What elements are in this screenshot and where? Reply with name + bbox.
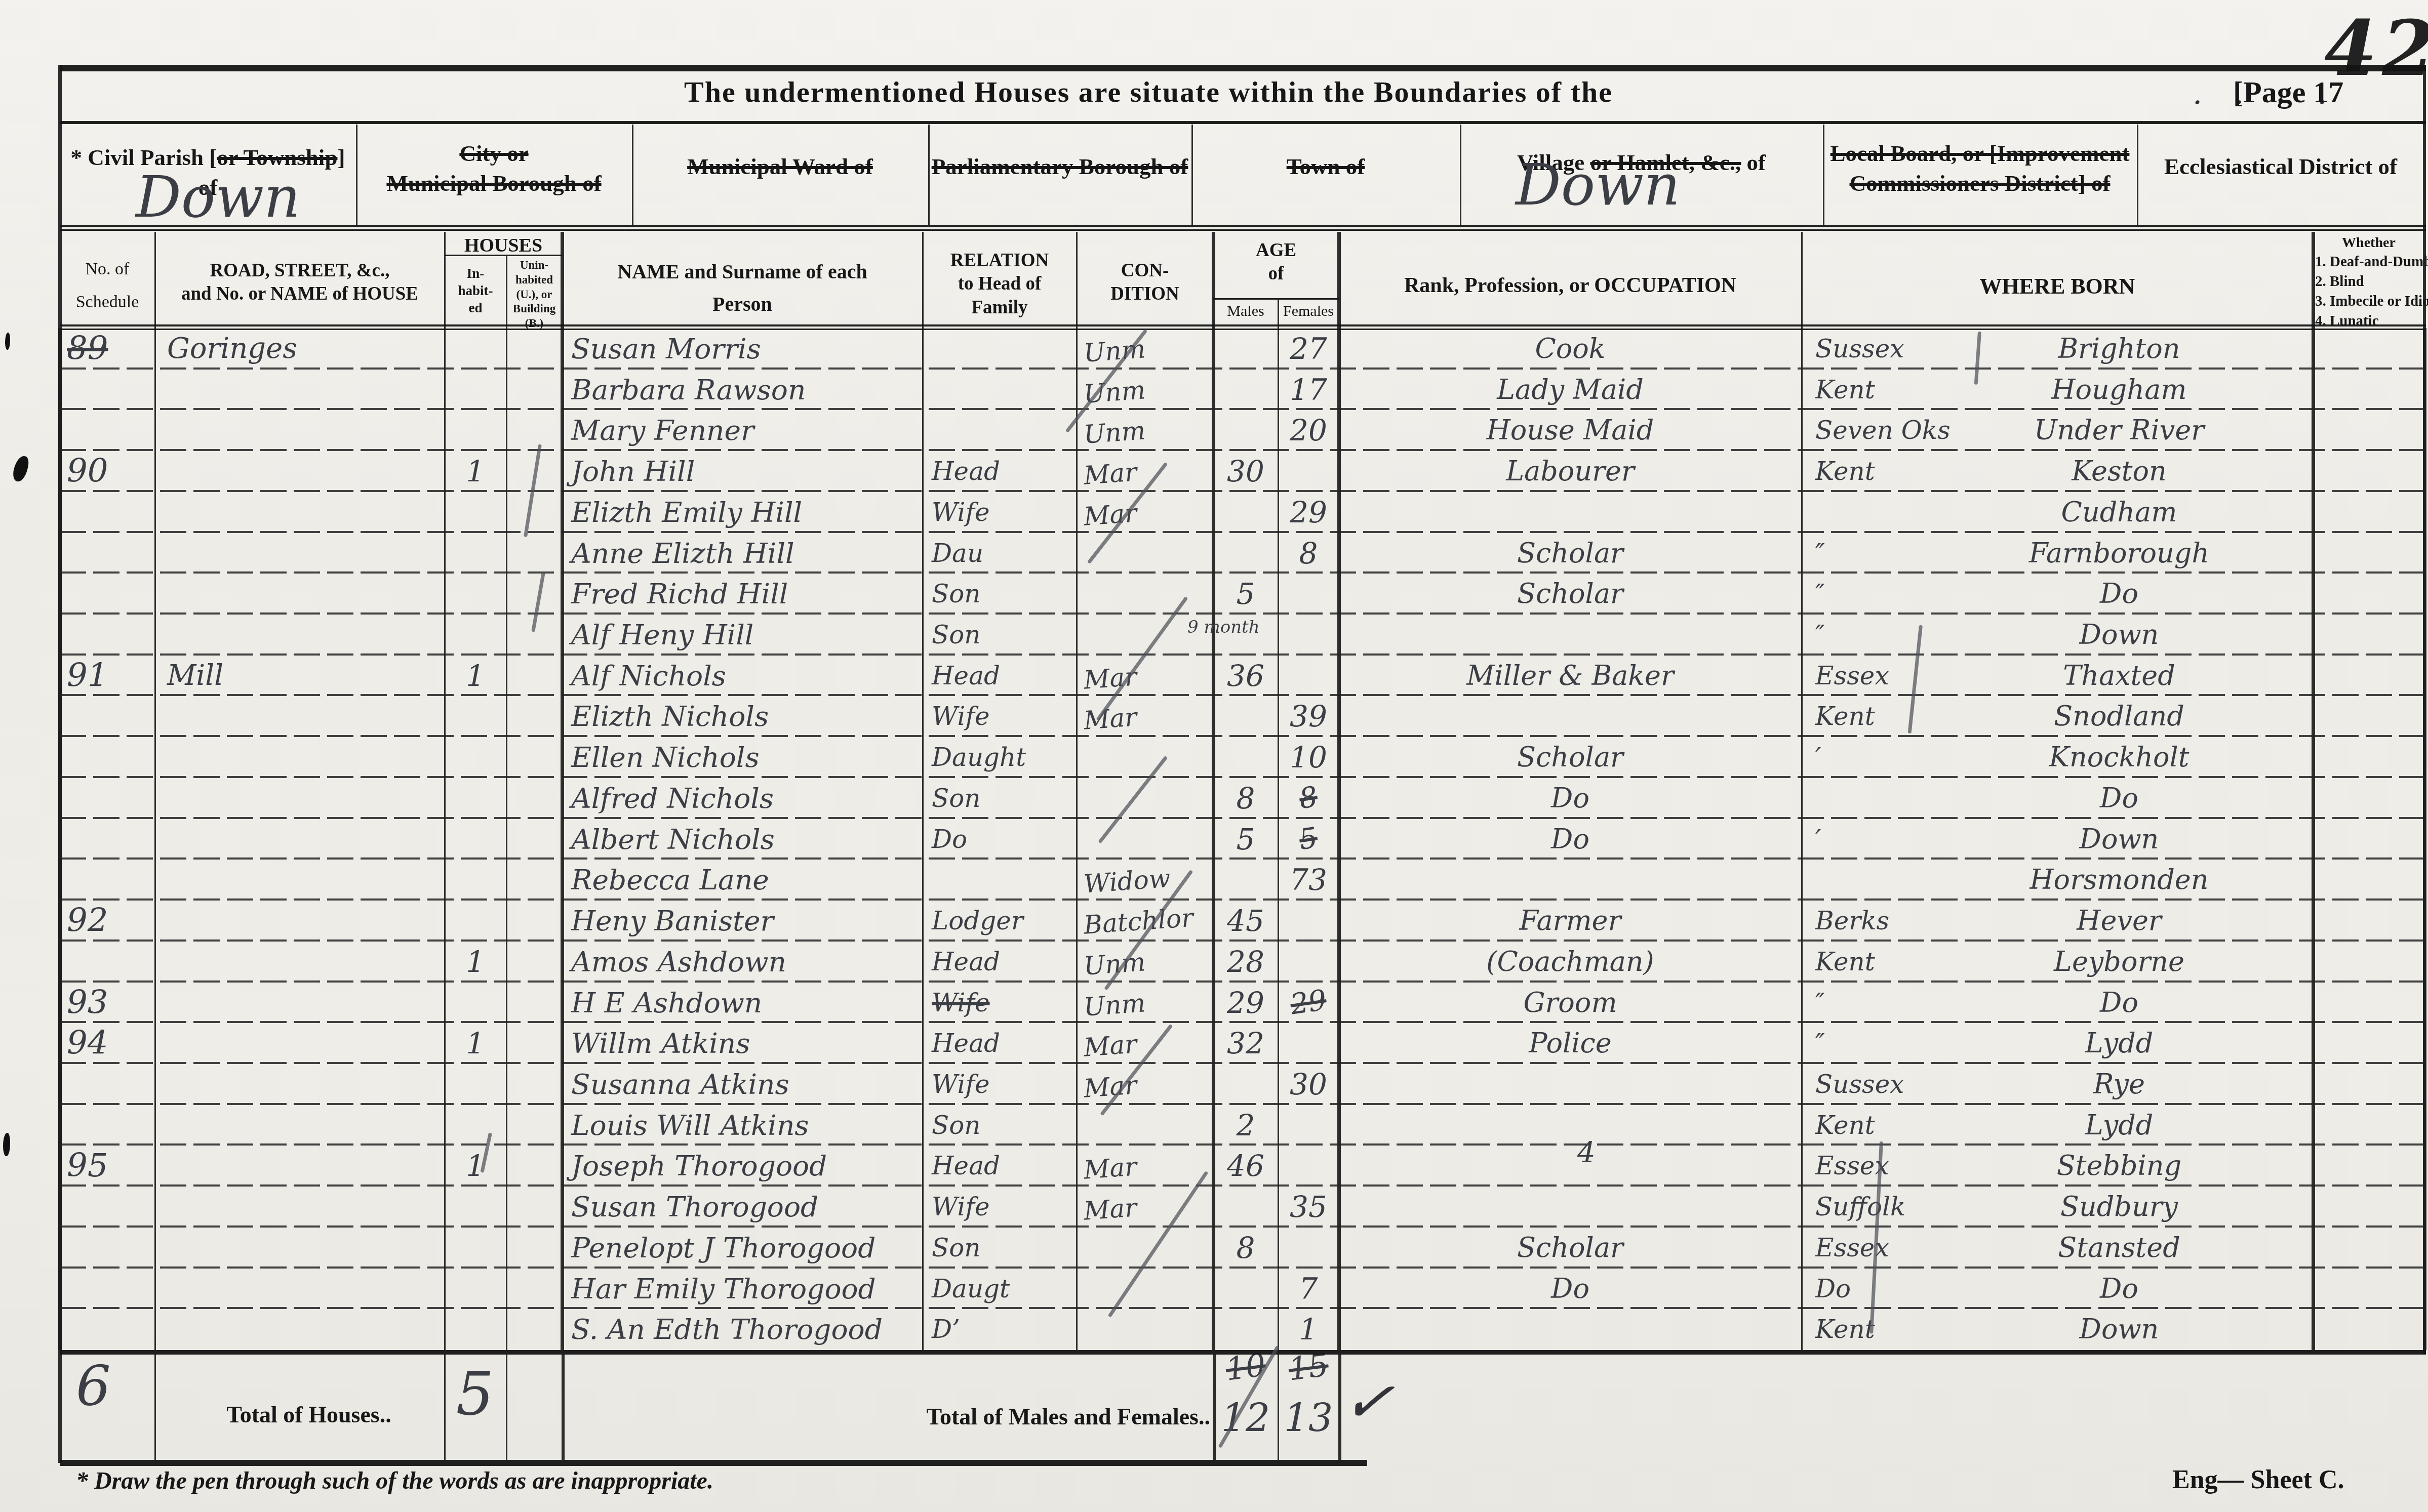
cell-condition: Mar [1083,487,1212,537]
cell-born-county: Kent [1815,1105,1967,1146]
cell-relation: Son [932,1228,1071,1268]
cell-occupation: Police [1344,1023,1797,1064]
total-females-value: 13 [1278,1395,1339,1440]
cell-born-place: Under River [1955,410,2284,451]
cell-name: John Hill [571,451,918,492]
cell-age-males: 29 [1213,983,1278,1023]
grid-hline [445,255,562,256]
cell-relation: Head [932,1023,1071,1064]
cell-inhabited: 1 [445,1023,506,1064]
cell-name: Rebecca Lane [571,860,918,900]
cell-name: Anne Elizth Hill [571,533,918,574]
cell-occupation: Do [1344,1269,1797,1309]
total-checkmark: ✓ [1339,1364,1398,1440]
cell-age-females: 27 [1278,329,1339,369]
grid-vline [2312,232,2315,328]
grid-vline [444,232,446,328]
cell-age-females: 30 [1278,1064,1339,1105]
cell-born-place: Brighton [1955,329,2284,369]
grid-vline [1191,125,1193,225]
cell-born-county: ′ [1815,737,1967,778]
label-struck: Parliamentary Borough of [932,154,1188,179]
cell-name: S. An Edth Thorogood [571,1309,918,1350]
grid-hline [60,65,2426,71]
boundary-label: Ecclesiastical District of [2137,152,2424,182]
cell-born-county: Kent [1815,696,1967,737]
civil-parish-value: Down [136,169,300,226]
cell-born-county: Essex [1815,656,1967,696]
label-pre: Ecclesiastical District of [2164,154,2397,179]
boundary-box-ecclesiastical: Ecclesiastical District of [2137,128,2424,225]
cell-age-males: 9 month [1187,615,1284,637]
cell-name: Ellen Nichols [571,737,918,778]
boundary-label: City or Municipal Borough of [356,139,632,198]
cell-age-females: 1 [1278,1309,1339,1350]
cell-born-place: Snodland [1955,696,2284,737]
cell-name: Willm Atkins [571,1023,918,1064]
cell-name: Penelopt J Thorogood [571,1228,918,1268]
cell-born-county: Sussex [1815,1064,1967,1105]
cell-name: Susanna Atkins [571,1064,918,1105]
grid-vline [154,328,156,1350]
cell-age-females-struck: 29 [1276,978,1341,1027]
col-header-females: Females [1278,302,1339,321]
label-struck: Municipal Ward of [687,154,873,179]
cell-born-place: Do [1955,1269,2284,1309]
label-struck: Local Board, or [Improvement Commissione… [1830,141,2130,196]
cell-name: H E Ashdown [571,983,918,1023]
cell-schedule: 91 [67,656,153,696]
cell-relation: Do [932,819,1071,860]
boundary-box-village: Village or Hamlet, &c., of Down [1460,128,1823,225]
cell-relation: Head [932,451,1071,492]
cell-relation: Wife [932,1064,1071,1105]
cell-relation: Daugt [932,1269,1071,1309]
cell-relation: Son [932,1105,1071,1146]
cell-name: Heny Banister [571,901,918,941]
col-header-disabilities: 1. Deaf-and-Dumb 2. Blind 3. Imbecile or… [2315,252,2428,332]
cell-occupation: Do [1344,819,1797,860]
cell-born-county: Kent [1815,370,1967,410]
grid-hline [1213,298,1339,300]
cell-schedule: 93 [67,983,153,1023]
boundary-label: Municipal Ward of [632,152,928,182]
boundary-box-local-board: Local Board, or [Improvement Commissione… [1823,128,2137,225]
boundary-box-municipal-borough: City or Municipal Borough of [356,128,632,225]
cell-relation: Son [932,574,1071,614]
cell-born-place: Leyborne [1955,942,2284,982]
cell-name: Amos Ashdown [571,942,918,982]
grid-vline [1212,232,1215,328]
cell-born-place: Stebbing [1955,1146,2284,1186]
grid-vline [1213,1355,1216,1460]
boundary-label: Parliamentary Borough of [928,152,1191,182]
cell-name: Alfred Nichols [571,778,918,819]
cell-age-males: 8 [1213,778,1278,819]
cell-born-county: Kent [1815,1309,1967,1350]
cell-age-males: 5 [1213,574,1278,614]
grid-vline [2312,328,2315,1350]
cell-relation: Son [932,615,1071,655]
col-header-condition: CON- DITION [1077,259,1213,306]
cell-occupation: Miller & Baker [1344,656,1797,696]
cell-born-place: Cudham [1955,492,2284,533]
cell-relation: Wife [932,492,1071,533]
cell-schedule: 89 [67,329,153,369]
grid-vline [562,1355,565,1460]
cell-name: Barbara Rawson [571,370,918,410]
grid-hline [60,229,2426,231]
cell-name: Alf Nichols [571,656,918,696]
grid-vline [561,232,564,328]
village-value: Down [1516,157,1680,214]
cell-age-males: 36 [1213,656,1278,696]
cell-age-females: 73 [1278,860,1339,900]
cell-occupation: Scholar [1344,533,1797,574]
grid-hline [60,121,2426,124]
cell-name: Elizth Nichols [571,696,918,737]
cell-age-females-struck: 5 [1276,815,1341,864]
cell-relation: Head [932,656,1071,696]
cell-occupation: Groom [1344,983,1797,1023]
cell-born-place: Thaxted [1955,656,2284,696]
cell-born-place: Sudbury [1955,1187,2284,1227]
cell-relation: Wife [932,696,1071,737]
cell-born-place: Horsmonden [1955,860,2284,900]
cell-age-males: 32 [1213,1023,1278,1064]
grid-vline [1337,232,1341,328]
cell-age-males: 2 [1213,1105,1278,1146]
cell-age-females: 10 [1278,737,1339,778]
cell-age-females: 20 [1278,410,1339,451]
col-header-schedule: No. of Schedule [60,253,155,318]
label-struck: City or Municipal Borough of [386,141,601,196]
cell-born-place: Do [1955,983,2284,1023]
grid-hline [60,1350,2426,1355]
cell-born-county: ″ [1815,1023,1967,1064]
col-header-where-born: WHERE BORN [1802,272,2313,300]
cell-name: Mary Fenner [571,410,918,451]
grid-vline [1801,232,1803,328]
grid-hline [60,225,2426,227]
pen-stroke [531,571,545,632]
cell-relation: Wife [932,1187,1071,1227]
grid-vline [1278,300,1279,328]
total-houses-label: Total of Houses.. [172,1401,446,1428]
cell-schedule: 95 [67,1146,153,1186]
cell-born-county: Suffolk [1815,1187,1967,1227]
cell-born-county: Seven Oks [1815,410,1967,451]
grid-vline [2137,125,2138,225]
col-header-inhabited: In- habit- ed [445,265,506,316]
grid-vline [1076,232,1078,328]
grid-vline [154,1355,156,1460]
boundary-box-parliamentary-borough: Parliamentary Borough of [928,128,1191,225]
cell-born-place: Lydd [1955,1105,2284,1146]
cell-occupation: Cook [1344,329,1797,369]
cell-born-county: Essex [1815,1228,1967,1268]
cell-born-place: Stansted [1955,1228,2284,1268]
cell-occupation: Farmer [1344,901,1797,941]
grid-vline [1076,328,1078,1350]
grid-vline [561,328,564,1350]
cell-born-place: Rye [1955,1064,2284,1105]
cell-born-place: Keston [1955,451,2284,492]
cell-born-place: Down [1955,819,2284,860]
cell-relation: Daught [932,737,1071,778]
total-schedule-count: 6 [76,1355,111,1418]
grid-vline [356,125,357,225]
grid-vline [1801,328,1803,1350]
cell-born-county: Kent [1815,942,1967,982]
grid-vline [1823,125,1824,225]
cell-name: Joseph Thorogood [571,1146,918,1186]
total-males-females-label: Total of Males and Females.. [790,1403,1210,1430]
cell-age-females: 35 [1278,1187,1339,1227]
cell-age-males: 5 [1213,819,1278,860]
cell-inhabited: 1 [445,942,506,982]
cell-born-place: Hougham [1955,370,2284,410]
grid-vline [1338,1355,1341,1460]
page-label: [Page 17 [2233,75,2343,110]
cell-born-county: ″ [1815,574,1967,614]
cell-age-females: 8 [1278,533,1339,574]
cell-born-place: Down [1955,1309,2284,1350]
grid-vline [922,232,924,328]
cell-age-females: 17 [1278,370,1339,410]
cell-schedule: 94 [67,1023,153,1064]
cell-schedule: 90 [67,451,153,492]
cell-road: Goringes [167,329,430,369]
pen-stroke [1098,756,1168,844]
ink-blemish [11,455,30,483]
cell-schedule: 92 [67,901,153,941]
cell-born-place: Do [1955,574,2284,614]
boundary-label: Town of [1191,152,1460,182]
cell-name: Louis Will Atkins [571,1105,918,1146]
cell-born-county: Sussex [1815,329,1967,369]
cell-relation: Son [932,778,1071,819]
cell-name: Albert Nichols [571,819,918,860]
boundary-box-municipal-ward: Municipal Ward of [632,128,928,225]
cell-occupation: Lady Maid [1344,370,1797,410]
cell-name: Alf Heny Hill [571,615,918,655]
cell-born-county: Berks [1815,901,1967,941]
cell-condition: Mar [1083,1059,1212,1109]
cell-age-males: 28 [1213,942,1278,982]
cell-born-county: Essex [1815,1146,1967,1186]
grid-hline [60,1460,1367,1466]
label-post: of [1741,150,1766,175]
cell-born-place: Do [1955,778,2284,819]
stray-mark: 4 [1577,1133,1596,1173]
cell-relation: Lodger [932,901,1071,941]
col-header-road: ROAD, STREET, &c., and No. or NAME of HO… [155,259,445,306]
cell-relation: Head [932,1146,1071,1186]
cell-born-place: Lydd [1955,1023,2284,1064]
census-sheet: . . . . 42 [Page 17 The undermentioned H… [0,0,2428,1512]
col-header-whether: Whether [2313,234,2424,252]
cell-occupation: Scholar [1344,737,1797,778]
ink-blemish [3,1133,10,1156]
cell-age-males: 8 [1213,1228,1278,1268]
cell-born-county: ″ [1815,533,1967,574]
grid-vline [154,232,156,328]
cell-born-county: Do [1815,1269,1967,1309]
cell-relation: Wife [932,983,1071,1023]
cell-name: Susan Thorogood [571,1187,918,1227]
cell-born-place: Hever [1955,901,2284,941]
cell-occupation: House Maid [1344,410,1797,451]
form-title: The undermentioned Houses are situate wi… [60,75,2237,109]
cell-age-females: 29 [1278,492,1339,533]
cell-name: Har Emily Thorogood [571,1269,918,1309]
grid-vline [2423,65,2426,1354]
col-header-age: AGE of [1213,239,1339,286]
cell-age-females: 7 [1278,1269,1339,1309]
cell-age-males: 46 [1213,1146,1278,1186]
cell-road: Mill [167,656,430,696]
cell-name: Fred Richd Hill [571,574,918,614]
cell-occupation: (Coachman) [1344,942,1797,982]
cell-born-county: ′ [1815,819,1967,860]
cell-relation: Dau [932,533,1071,574]
col-header-uninhabited: Unin- habited (U.), or Building (B.) [506,258,562,331]
cell-born-county: Kent [1815,451,1967,492]
cell-born-county: ″ [1815,615,1967,655]
boundary-box-civil-parish: * Civil Parish [or Township] of Down [60,128,356,225]
label-struck: Town of [1287,154,1365,179]
boundary-box-town: Town of [1191,128,1460,225]
grid-vline [506,256,507,328]
cell-occupation: Scholar [1344,1228,1797,1268]
grid-vline [506,1355,507,1460]
cell-age-females: 39 [1278,696,1339,737]
col-header-name: NAME and Surname of each Person [562,256,923,320]
grid-vline [1460,125,1461,225]
col-header-males: Males [1213,302,1278,321]
cell-age-males: 30 [1213,451,1278,492]
cell-inhabited: 1 [445,451,506,492]
cell-born-county: ″ [1815,983,1967,1023]
grid-hline [60,324,2426,326]
cell-born-place: Farnborough [1955,533,2284,574]
grid-vline [922,328,924,1350]
sheet-label: Eng— Sheet C. [2172,1465,2344,1495]
boundary-label: Local Board, or [Improvement Commissione… [1823,139,2137,198]
total-houses-value: 5 [444,1359,506,1428]
cell-relation: D’ [932,1309,1071,1350]
cell-relation: Head [932,942,1071,982]
cell-born-place: Knockholt [1955,737,2284,778]
footnote: * Draw the pen through such of the words… [76,1467,713,1495]
cell-name: Susan Morris [571,329,918,369]
cell-name: Elizth Emily Hill [571,492,918,533]
col-header-occupation: Rank, Profession, or OCCUPATION [1339,272,1802,299]
grid-vline [1278,1355,1279,1460]
grid-vline [928,125,930,225]
grid-vline [58,65,62,1463]
grid-vline [632,125,633,225]
cell-occupation: Labourer [1344,451,1797,492]
cell-occupation: Scholar [1344,574,1797,614]
cell-age-males: 45 [1213,901,1278,941]
col-header-relation: RELATION to Head of Family [923,249,1077,319]
ink-blemish [5,333,10,350]
cell-born-place: Down [1955,615,2284,655]
cell-inhabited: 1 [445,1146,506,1186]
cell-occupation: Do [1344,778,1797,819]
cell-inhabited: 1 [445,656,506,696]
grid-vline [444,1355,446,1460]
